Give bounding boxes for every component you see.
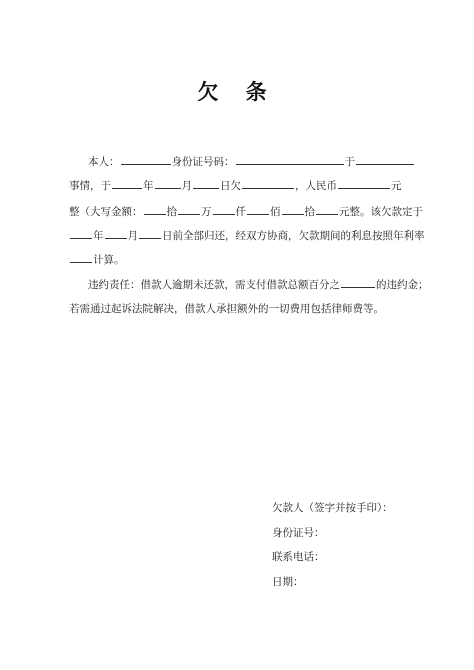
signature-phone: 联系电话： (272, 549, 325, 564)
text-prefix: 违约责任：借款人逾期未还款，需支付借款总额百分之 (88, 279, 340, 291)
document-title: 欠 条 (0, 76, 474, 106)
blank-due-year[interactable] (70, 227, 92, 239)
text-yuan: 元 (391, 180, 402, 192)
blank-due-day[interactable] (139, 227, 161, 239)
blank-due-month[interactable] (105, 227, 127, 239)
body-line-7: 若需通过起诉法院解决，借款人承担额外的一切费用包括律师费等。 (69, 302, 384, 316)
body-line-4: 年月日前全部归还，经双方协商，欠款期间的利息按照年利率 (69, 227, 425, 243)
blank-yuan[interactable] (316, 203, 338, 215)
text-suffix: 日前全部归还，经双方协商，欠款期间的利息按照年利率 (162, 230, 425, 242)
body-line-3: 整（大写金额：拾万仟佰拾元整。该欠款定于 (69, 203, 423, 219)
blank-penalty-percent[interactable] (341, 276, 375, 288)
text-suffix: 的违约金； (376, 279, 429, 291)
text-day-owe: 日欠 (220, 180, 241, 192)
text-year: 年 (143, 180, 154, 192)
signature-date: 日期： (272, 574, 304, 589)
body-line-2: 事情，于年月日欠，人民币元 (69, 177, 402, 193)
body-line-1: 本人：身份证号码：于 (88, 153, 415, 169)
blank-wan[interactable] (178, 203, 200, 215)
blank-year[interactable] (112, 177, 142, 189)
text-bai: 佰 (270, 206, 281, 218)
text-year: 年 (93, 230, 104, 242)
signature-id-number: 身份证号： (272, 525, 325, 540)
blank-shi-wan[interactable] (144, 203, 166, 215)
blank-reason[interactable] (356, 153, 414, 165)
text-prefix: 整（大写金额： (69, 206, 143, 218)
text-shi-2: 拾 (305, 206, 316, 218)
label-id-number: 身份证号码： (172, 156, 235, 168)
text-wan: 万 (201, 206, 212, 218)
blank-shi[interactable] (282, 203, 304, 215)
text-month: 月 (182, 180, 193, 192)
label-self: 本人： (88, 156, 120, 168)
blank-amount[interactable] (338, 177, 390, 189)
blank-qian[interactable] (213, 203, 235, 215)
text-month: 月 (128, 230, 139, 242)
label-at: 于 (345, 156, 356, 168)
text-prefix: 事情，于 (69, 180, 111, 192)
blank-bai[interactable] (247, 203, 269, 215)
blank-creditor[interactable] (242, 177, 294, 189)
text-shi: 拾 (167, 206, 178, 218)
blank-day[interactable] (193, 177, 219, 189)
blank-month[interactable] (155, 177, 181, 189)
text-rmb: ，人民币 (295, 180, 337, 192)
blank-name[interactable] (121, 153, 171, 165)
text-qian: 仟 (236, 206, 247, 218)
body-line-5: 计算。 (69, 251, 125, 267)
text-clause: 若需通过起诉法院解决，借款人承担额外的一切费用包括律师费等。 (69, 303, 384, 315)
text-suffix: 元整。该欠款定于 (339, 206, 423, 218)
signature-debtor: 欠款人（签字并按手印）： (272, 500, 393, 515)
text-suffix: 计算。 (93, 254, 125, 266)
blank-id-number[interactable] (236, 153, 344, 165)
blank-interest-rate[interactable] (70, 251, 92, 263)
body-line-6: 违约责任：借款人逾期未还款，需支付借款总额百分之的违约金； (88, 276, 429, 292)
